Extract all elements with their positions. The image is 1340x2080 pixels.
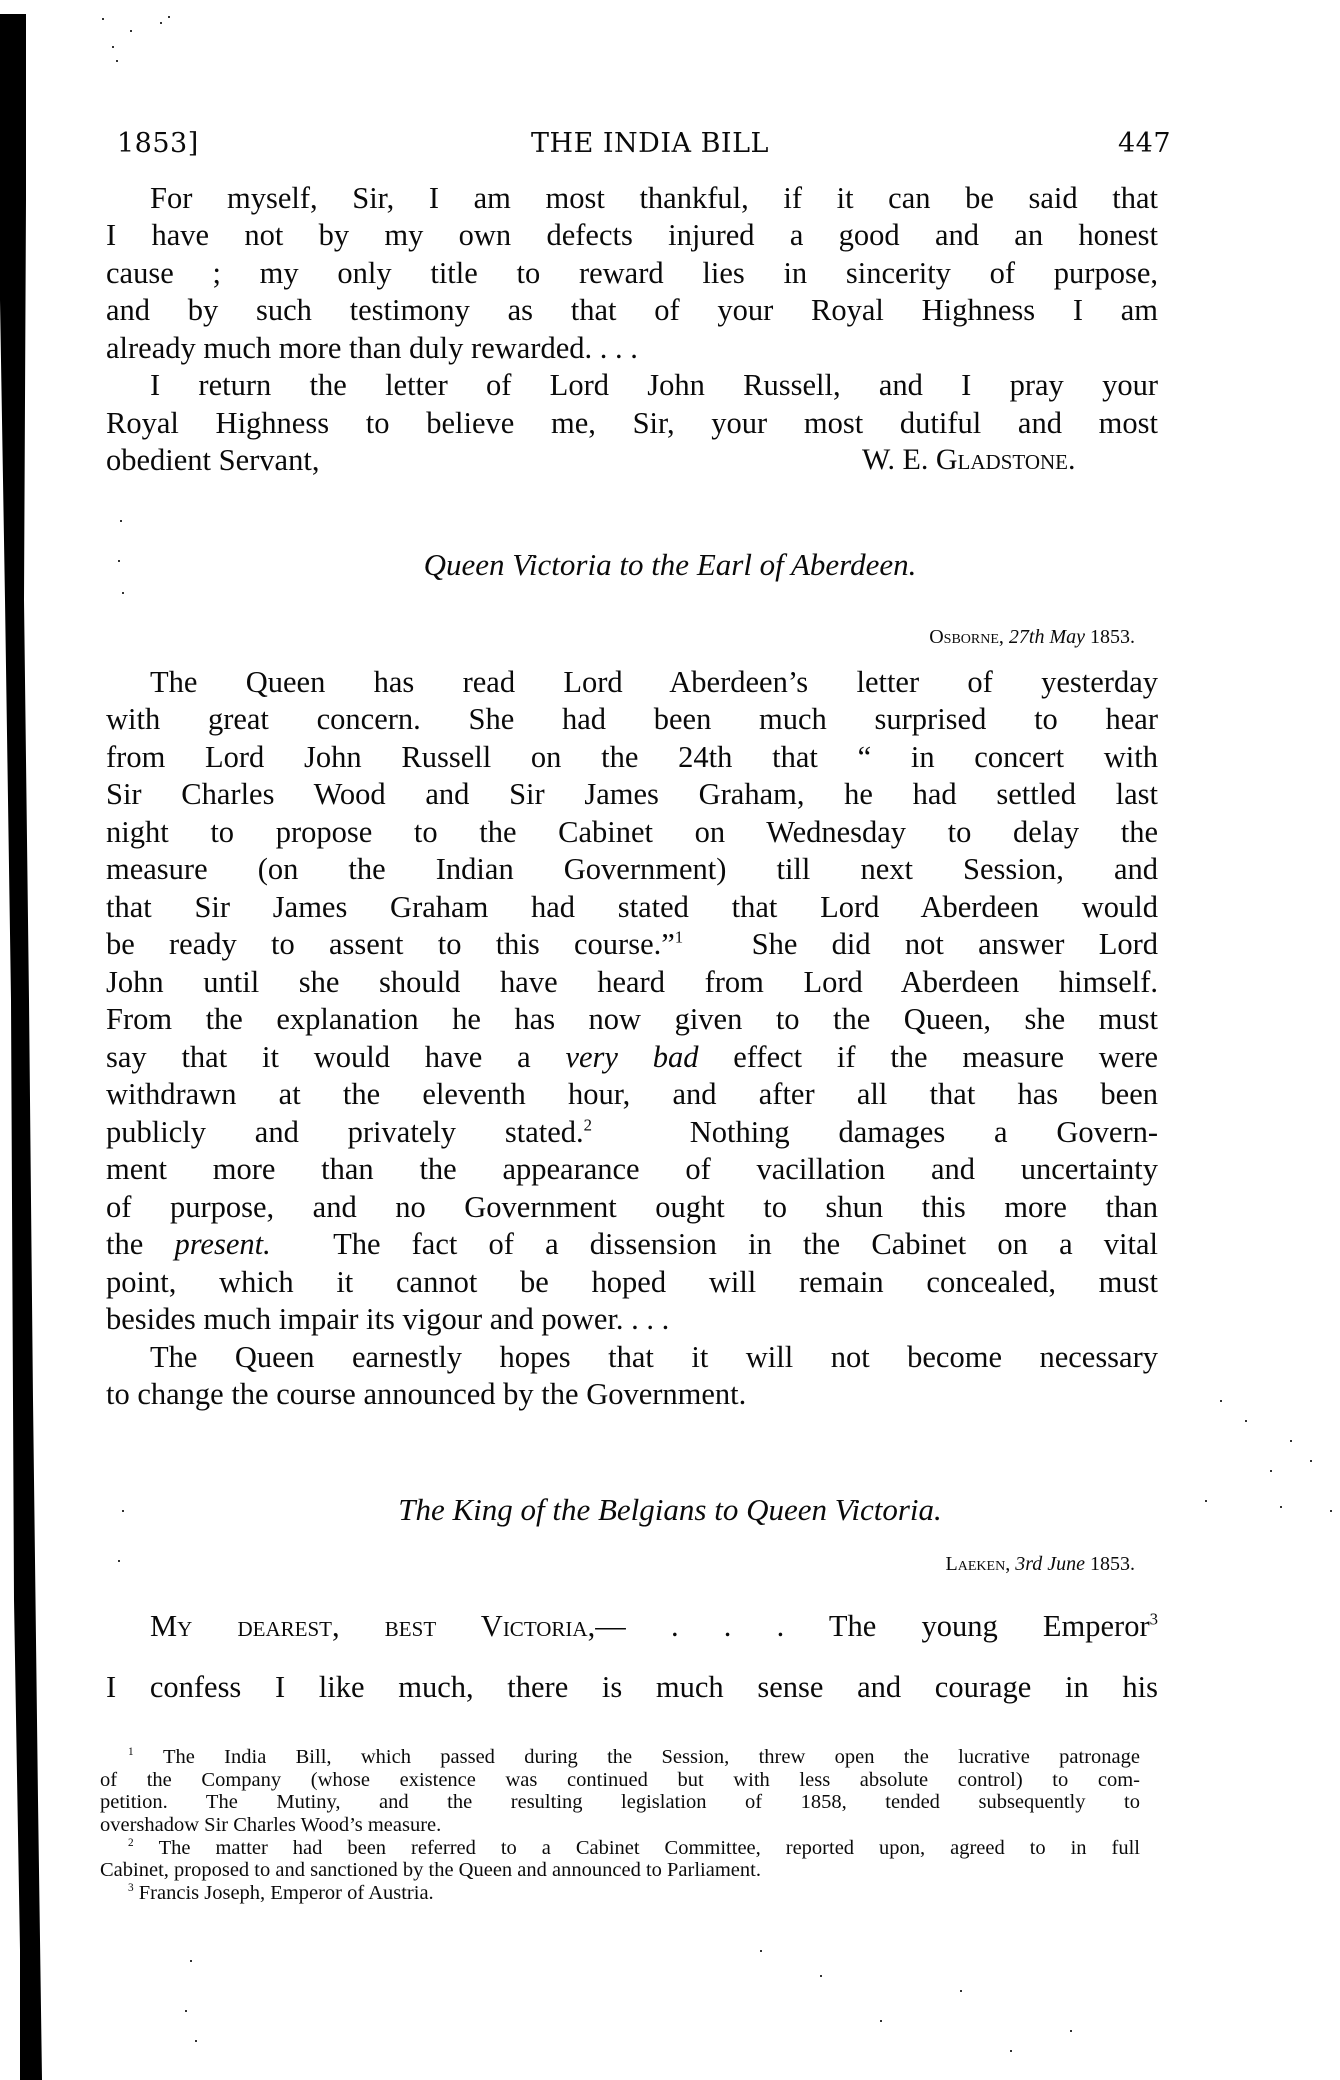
dateline-year: 1853. <box>1090 1553 1135 1575</box>
text-span: effect if the measure were <box>733 1040 1158 1074</box>
text-span: say that it would have a <box>106 1040 531 1074</box>
text-line: of the Company (whose existence was cont… <box>100 1769 1140 1791</box>
text-line: Sir Charles Wood and Sir James Graham, h… <box>106 776 1158 812</box>
text-span: The India Bill, which passed during the … <box>163 1746 1140 1768</box>
text-line: I confess I like much, there is much sen… <box>106 1669 1158 1705</box>
footnote-marker: 3 <box>128 1882 134 1894</box>
letter-dateline: Osborne, 27th May 1853. <box>929 626 1135 649</box>
scan-binding-edge <box>0 0 60 2080</box>
text-span: be ready to assent to this course.” <box>106 927 675 961</box>
footnote-1: 1 The India Bill, which passed during th… <box>128 1746 1140 1768</box>
text-span: . . . The young Emperor <box>671 1609 1150 1643</box>
dateline-place: Osborne, <box>929 626 1004 648</box>
text-line: the present. The fact of a dissension in… <box>106 1226 1158 1262</box>
text-line: petition. The Mutiny, and the resulting … <box>100 1791 1140 1813</box>
dateline-place: Laeken, <box>946 1553 1011 1575</box>
text-line: From the explanation he has now given to… <box>106 1001 1158 1037</box>
text-line: Cabinet, proposed to and sanctioned by t… <box>100 1859 1140 1881</box>
footnote-marker: 1 <box>128 1746 134 1758</box>
text-line: with great concern. She had been much su… <box>106 701 1158 737</box>
text-line: of purpose, and no Government ought to s… <box>106 1189 1158 1225</box>
text-line: already much more than duly rewarded. . … <box>106 330 1158 366</box>
text-line: My dearest, best Victoria,— . . . The yo… <box>150 1608 1158 1644</box>
text-span: publicly and privately stated. <box>106 1115 584 1149</box>
text-line: For myself, Sir, I am most thankful, if … <box>150 180 1158 216</box>
text-line: that Sir James Graham had stated that Lo… <box>106 889 1158 925</box>
footnote-2: 2 The matter had been referred to a Cabi… <box>128 1837 1140 1859</box>
text-line: Royal Highness to believe me, Sir, your … <box>106 405 1158 441</box>
text-span: The fact of a dissension in the Cabinet … <box>333 1227 1158 1261</box>
text-span: The matter had been referred to a Cabine… <box>159 1837 1140 1859</box>
text-line: point, which it cannot be hoped will rem… <box>106 1264 1158 1300</box>
text-line: say that it would have a very bad effect… <box>106 1039 1158 1075</box>
dateline-date: 27th May <box>1009 626 1085 648</box>
footnote-marker: 2 <box>128 1837 134 1849</box>
text-line: measure (on the Indian Government) till … <box>106 851 1158 887</box>
text-line: The Queen has read Lord Aberdeen’s lette… <box>150 664 1158 700</box>
text-span: She did not answer Lord <box>752 927 1158 961</box>
letter-dateline: Laeken, 3rd June 1853. <box>946 1553 1135 1576</box>
emphasis: very bad <box>565 1040 698 1074</box>
footnote-3: 3 Francis Joseph, Emperor of Austria. <box>128 1882 1140 1904</box>
text-line: besides much impair its vigour and power… <box>106 1301 1158 1337</box>
letter-heading: The King of the Belgians to Queen Victor… <box>0 1492 1340 1528</box>
text-line: from Lord John Russell on the 24th that … <box>106 739 1158 775</box>
text-line: to change the course announced by the Go… <box>106 1376 1158 1412</box>
footnote-ref-3[interactable]: 3 <box>1150 1609 1158 1628</box>
text-line: cause ; my only title to reward lies in … <box>106 255 1158 291</box>
dateline-date: 3rd June <box>1015 1553 1085 1575</box>
text-span: Nothing damages a Govern- <box>690 1115 1158 1149</box>
text-span: the <box>106 1227 143 1261</box>
salutation: My dearest, best Victoria,— <box>150 1609 626 1643</box>
text-line: John until she should have heard from Lo… <box>106 964 1158 1000</box>
emphasis: present. <box>174 1227 270 1261</box>
text-line: I return the letter of Lord John Russell… <box>150 367 1158 403</box>
text-line: be ready to assent to this course.”1 She… <box>106 926 1158 962</box>
footnote-ref-2[interactable]: 2 <box>584 1115 592 1134</box>
text-line: night to propose to the Cabinet on Wedne… <box>106 814 1158 850</box>
page-number: 447 <box>1118 128 1171 159</box>
text-line: overshadow Sir Charles Wood’s measure. <box>100 1814 1140 1836</box>
text-line: publicly and privately stated.2 Nothing … <box>106 1114 1158 1150</box>
text-span: Francis Joseph, Emperor of Austria. <box>139 1882 434 1904</box>
footnote-ref-1[interactable]: 1 <box>675 927 683 946</box>
text-line: ment more than the appearance of vacilla… <box>106 1151 1158 1187</box>
text-line: I have not by my own defects injured a g… <box>106 217 1158 253</box>
dateline-year: 1853. <box>1090 626 1135 648</box>
letter-heading: Queen Victoria to the Earl of Aberdeen. <box>0 547 1340 583</box>
signature: W. E. Gladstone. <box>862 442 1076 478</box>
text-line: withdrawn at the eleventh hour, and afte… <box>106 1076 1158 1112</box>
text-line: and by such testimony as that of your Ro… <box>106 292 1158 328</box>
text-line: The Queen earnestly hopes that it will n… <box>150 1339 1158 1375</box>
